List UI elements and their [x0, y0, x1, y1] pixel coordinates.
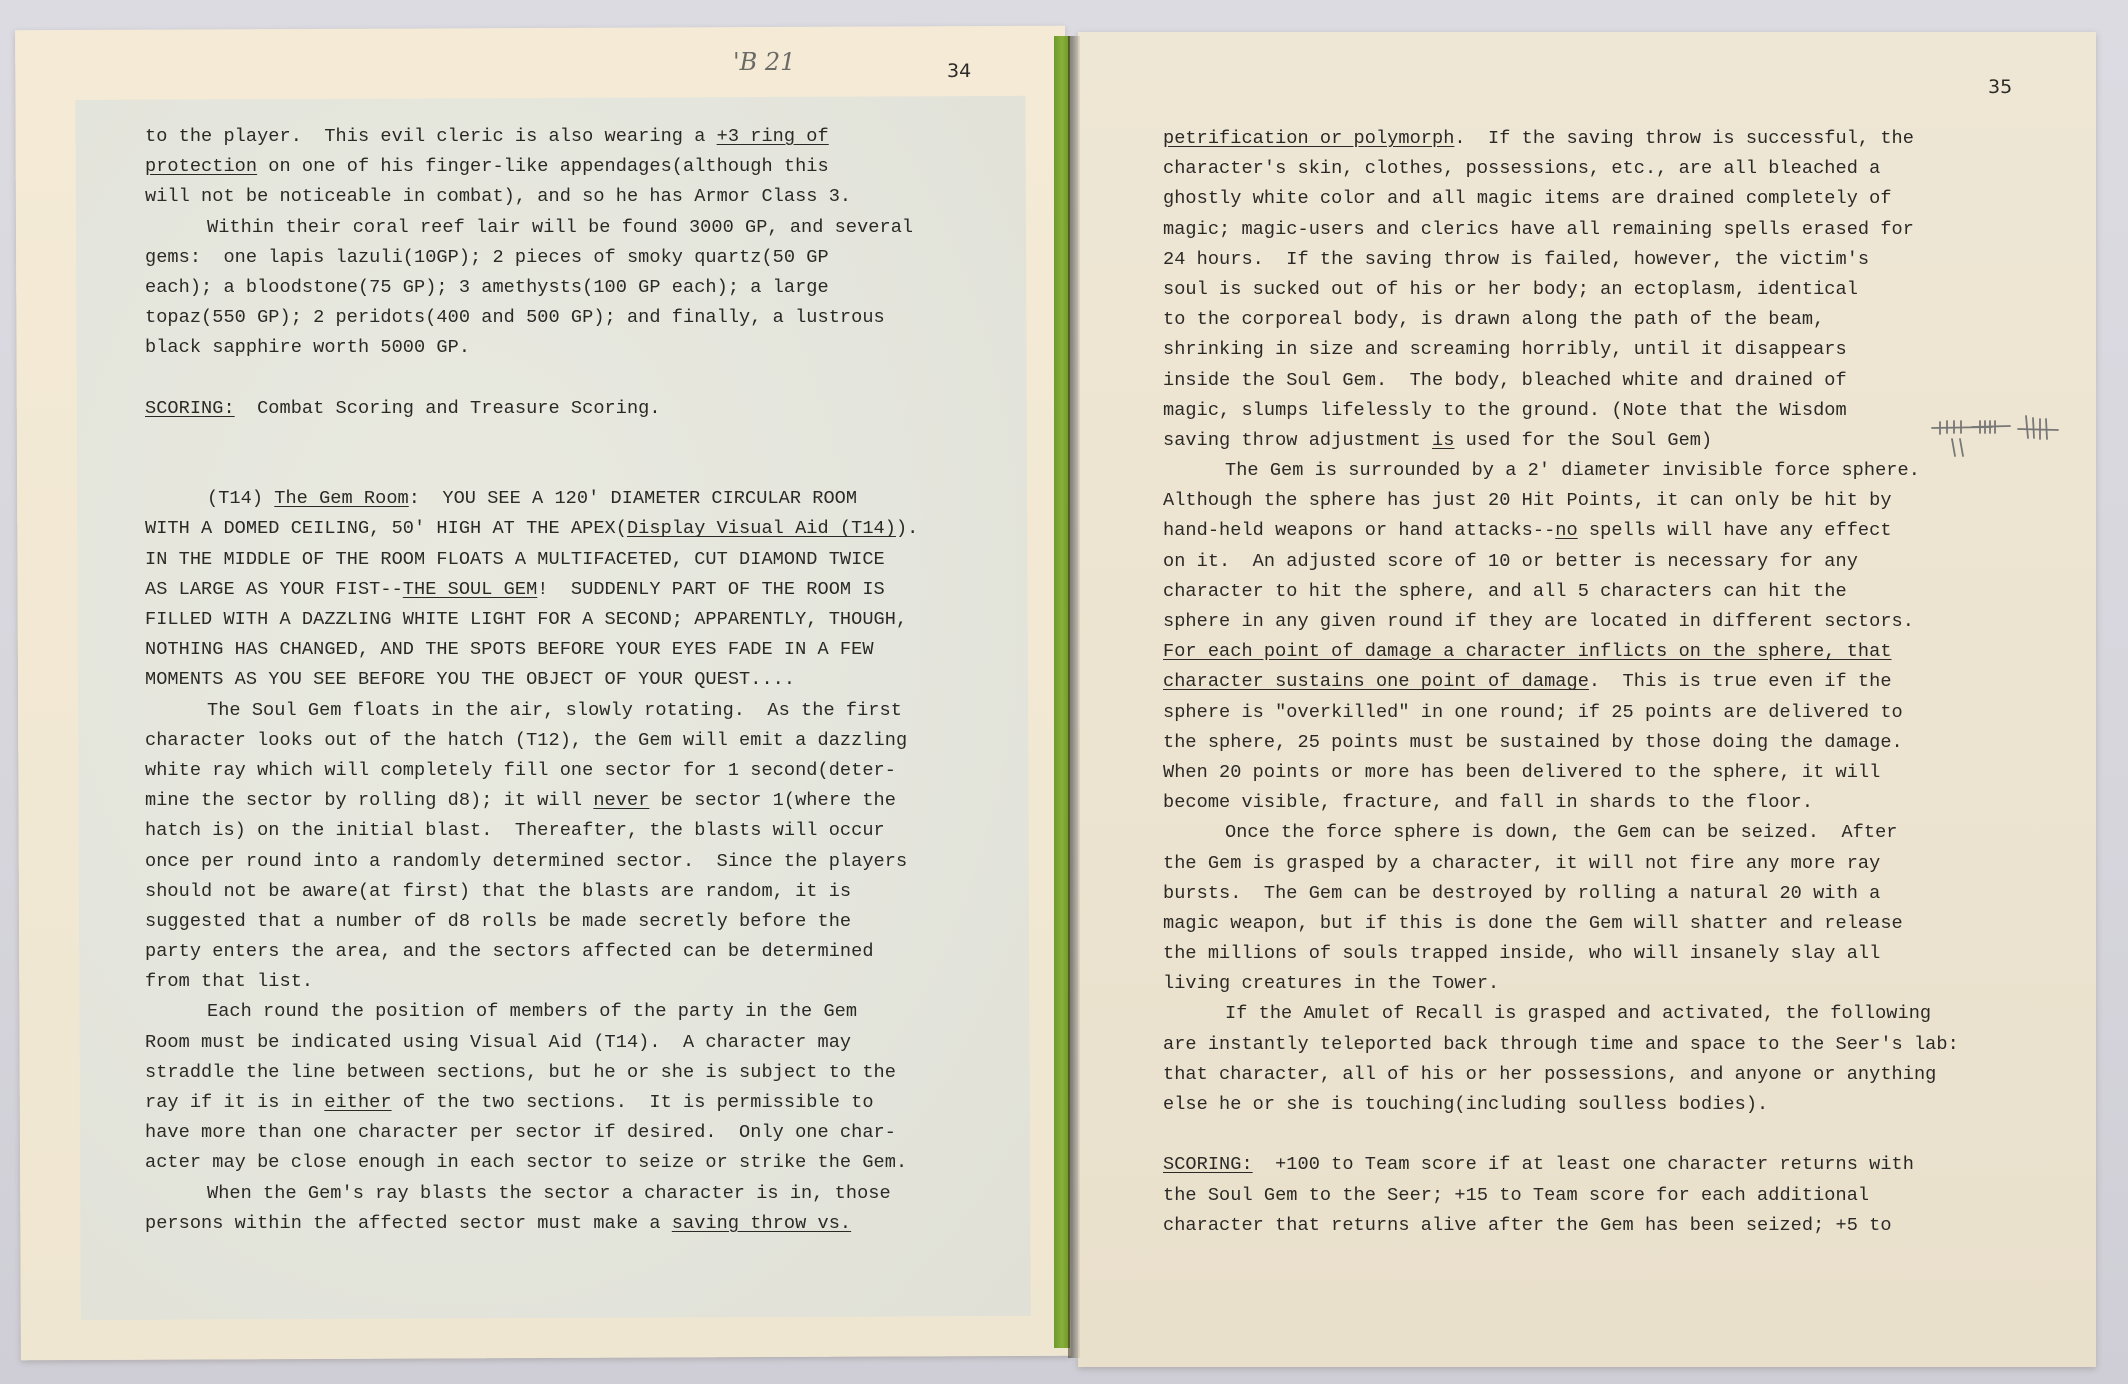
text-run: mine the sector by rolling d8); it will: [145, 790, 593, 811]
right-page-body-text: petrification or polymorph. If the savin…: [1163, 124, 1959, 1241]
text-run: Each round the position of members of th…: [207, 1001, 857, 1022]
text-run: ).: [896, 518, 918, 539]
text-run: Once the force sphere is down, the Gem c…: [1225, 822, 1897, 843]
right_page-text-line: on it. An adjusted score of 10 or better…: [1163, 547, 1959, 577]
right_page-text-line: Once the force sphere is down, the Gem c…: [1163, 818, 1959, 848]
left_page-text-line: protection on one of his finger-like app…: [145, 152, 918, 182]
left_page-text-line: Within their coral reef lair will be fou…: [145, 213, 918, 243]
text-run: sphere is "overkilled" in one round; if …: [1163, 702, 1903, 723]
text-run: MOMENTS AS YOU SEE BEFORE YOU THE OBJECT…: [145, 669, 795, 690]
text-run: the millions of souls trapped inside, wh…: [1163, 943, 1880, 964]
text-run: suggested that a number of d8 rolls be m…: [145, 911, 851, 932]
text-run: saving throw adjustment: [1163, 430, 1432, 451]
left_page-text-line: straddle the line between sections, but …: [145, 1058, 918, 1088]
text-run: will not be noticeable in combat), and s…: [145, 186, 851, 207]
text-run: used for the Soul Gem): [1454, 430, 1712, 451]
text-run: Combat Scoring and Treasure Scoring.: [235, 398, 661, 419]
right_page-text-line: 24 hours. If the saving throw is failed,…: [1163, 245, 1959, 275]
left_page-text-line: once per round into a randomly determine…: [145, 847, 918, 877]
left_page-text-line: ray if it is in either of the two sectio…: [145, 1088, 918, 1118]
text-run: The Soul Gem floats in the air, slowly r…: [207, 700, 902, 721]
left_page-text-line: will not be noticeable in combat), and s…: [145, 182, 918, 212]
right_page-text-line: to the corporeal body, is drawn along th…: [1163, 305, 1959, 335]
text-run: that character, all of his or her posses…: [1163, 1064, 1936, 1085]
text-run: ghostly white color and all magic items …: [1163, 188, 1892, 209]
handwritten-note: 'B 21: [733, 48, 795, 76]
underlined-text: no: [1555, 520, 1577, 541]
text-run: shrinking in size and screaming horribly…: [1163, 339, 1847, 360]
text-run: IN THE MIDDLE OF THE ROOM FLOATS A MULTI…: [145, 549, 885, 570]
text-run: persons within the affected sector must …: [145, 1213, 672, 1234]
right_page-text-line: Although the sphere has just 20 Hit Poin…: [1163, 486, 1959, 516]
right_page-text-line: If the Amulet of Recall is grasped and a…: [1163, 999, 1959, 1029]
pencil-tally-marks-icon: [1930, 412, 2060, 462]
text-run: If the Amulet of Recall is grasped and a…: [1225, 1003, 1931, 1024]
text-run: ! SUDDENLY PART OF THE ROOM IS: [537, 579, 884, 600]
text-run: . If the saving throw is successful, the: [1454, 128, 1914, 149]
left_page-text-line: (T14) The Gem Room: YOU SEE A 120' DIAME…: [145, 484, 918, 514]
right_page-text-line: living creatures in the Tower.: [1163, 969, 1959, 999]
left_page-text-line: IN THE MIDDLE OF THE ROOM FLOATS A MULTI…: [145, 545, 918, 575]
right_page-text-line: are instantly teleported back through ti…: [1163, 1030, 1959, 1060]
text-run: AS LARGE AS YOUR FIST--: [145, 579, 403, 600]
right_page-text-line: magic weapon, but if this is done the Ge…: [1163, 909, 1959, 939]
gutter-shadow: [1068, 36, 1080, 1358]
text-run: soul is sucked out of his or her body; a…: [1163, 279, 1858, 300]
right_page-text-line: the millions of souls trapped inside, wh…: [1163, 939, 1959, 969]
text-run: become visible, fracture, and fall in sh…: [1163, 792, 1813, 813]
left_page-text-line: persons within the affected sector must …: [145, 1209, 918, 1239]
right_page-text-line: [1163, 1120, 1959, 1150]
text-run: straddle the line between sections, but …: [145, 1062, 896, 1083]
left_page-text-line: hatch is) on the initial blast. Thereaft…: [145, 816, 918, 846]
right_page-text-line: sphere is "overkilled" in one round; if …: [1163, 698, 1959, 728]
text-run: be sector 1(where the: [649, 790, 896, 811]
left_page-text-line: to the player. This evil cleric is also …: [145, 122, 918, 152]
text-run: character's skin, clothes, possessions, …: [1163, 158, 1880, 179]
right_page-text-line: the sphere, 25 points must be sustained …: [1163, 728, 1959, 758]
left_page-text-line: FILLED WITH A DAZZLING WHITE LIGHT FOR A…: [145, 605, 918, 635]
text-run: gems: one lapis lazuli(10GP); 2 pieces o…: [145, 247, 829, 268]
text-run: on it. An adjusted score of 10 or better…: [1163, 551, 1858, 572]
underlined-text: petrification or polymorph: [1163, 128, 1454, 149]
text-run: hatch is) on the initial blast. Thereaft…: [145, 820, 885, 841]
text-run: the Soul Gem to the Seer; +15 to Team sc…: [1163, 1185, 1869, 1206]
text-run: have more than one character per sector …: [145, 1122, 896, 1143]
text-run: WITH A DOMED CEILING, 50' HIGH AT THE AP…: [145, 518, 627, 539]
text-run: NOTHING HAS CHANGED, AND THE SPOTS BEFOR…: [145, 639, 874, 660]
text-run: character to hit the sphere, and all 5 c…: [1163, 581, 1847, 602]
left_page-text-line: mine the sector by rolling d8); it will …: [145, 786, 918, 816]
right_page-text-line: When 20 points or more has been delivere…: [1163, 758, 1959, 788]
right_page-text-line: magic; magic-users and clerics have all …: [1163, 215, 1959, 245]
text-run: Within their coral reef lair will be fou…: [207, 217, 913, 238]
text-run: magic weapon, but if this is done the Ge…: [1163, 913, 1903, 934]
text-run: topaz(550 GP); 2 peridots(400 and 500 GP…: [145, 307, 885, 328]
underlined-text: THE SOUL GEM: [403, 579, 538, 600]
underlined-text: The Gem Room: [274, 488, 409, 509]
text-run: FILLED WITH A DAZZLING WHITE LIGHT FOR A…: [145, 609, 907, 630]
text-run: black sapphire worth 5000 GP.: [145, 337, 470, 358]
text-run: living creatures in the Tower.: [1163, 973, 1499, 994]
left_page-text-line: AS LARGE AS YOUR FIST--THE SOUL GEM! SUD…: [145, 575, 918, 605]
text-run: each); a bloodstone(75 GP); 3 amethysts(…: [145, 277, 829, 298]
page-number-right: 35: [1988, 76, 2012, 98]
left_page-text-line: should not be aware(at first) that the b…: [145, 877, 918, 907]
left_page-text-line: SCORING: Combat Scoring and Treasure Sco…: [145, 394, 918, 424]
text-run: : YOU SEE A 120' DIAMETER CIRCULAR ROOM: [409, 488, 857, 509]
right_page-text-line: sphere in any given round if they are lo…: [1163, 607, 1959, 637]
left_page-text-line: white ray which will completely fill one…: [145, 756, 918, 786]
text-run: party enters the area, and the sectors a…: [145, 941, 874, 962]
text-run: magic, slumps lifelessly to the ground. …: [1163, 400, 1847, 421]
text-run: . This is true even if the: [1589, 671, 1892, 692]
right_page-text-line: For each point of damage a character inf…: [1163, 637, 1959, 667]
left_page-text-line: [145, 454, 918, 484]
text-run: acter may be close enough in each sector…: [145, 1152, 907, 1173]
left_page-text-line: [145, 364, 918, 394]
underlined-text: saving throw vs.: [672, 1213, 851, 1234]
text-run: to the corporeal body, is drawn along th…: [1163, 309, 1824, 330]
text-run: the sphere, 25 points must be sustained …: [1163, 732, 1903, 753]
underlined-text: protection: [145, 156, 257, 177]
underlined-text: either: [324, 1092, 391, 1113]
text-run: Room must be indicated using Visual Aid …: [145, 1032, 851, 1053]
left_page-text-line: The Soul Gem floats in the air, slowly r…: [145, 696, 918, 726]
right_page-text-line: the Soul Gem to the Seer; +15 to Team sc…: [1163, 1181, 1959, 1211]
underlined-text: never: [593, 790, 649, 811]
left-page-body-text: to the player. This evil cleric is also …: [145, 122, 918, 1239]
text-run: character looks out of the hatch (T12), …: [145, 730, 907, 751]
underlined-text: +3 ring of: [717, 126, 829, 147]
text-run: Although the sphere has just 20 Hit Poin…: [1163, 490, 1892, 511]
left_page-text-line: WITH A DOMED CEILING, 50' HIGH AT THE AP…: [145, 514, 918, 544]
text-run: are instantly teleported back through ti…: [1163, 1034, 1959, 1055]
right_page-text-line: inside the Soul Gem. The body, bleached …: [1163, 366, 1959, 396]
text-run: of the two sections. It is permissible t…: [392, 1092, 874, 1113]
right_page-text-line: hand-held weapons or hand attacks--no sp…: [1163, 516, 1959, 546]
left_page-text-line: have more than one character per sector …: [145, 1118, 918, 1148]
text-run: (T14): [207, 488, 274, 509]
right_page-text-line: character's skin, clothes, possessions, …: [1163, 154, 1959, 184]
text-run: +100 to Team score if at least one chara…: [1253, 1154, 1914, 1175]
text-run: should not be aware(at first) that the b…: [145, 881, 851, 902]
text-run: inside the Soul Gem. The body, bleached …: [1163, 370, 1847, 391]
text-run: When the Gem's ray blasts the sector a c…: [207, 1183, 891, 1204]
left_page-text-line: When the Gem's ray blasts the sector a c…: [145, 1179, 918, 1209]
left_page-text-line: topaz(550 GP); 2 peridots(400 and 500 GP…: [145, 303, 918, 333]
right_page-text-line: character to hit the sphere, and all 5 c…: [1163, 577, 1959, 607]
left_page-text-line: [145, 424, 918, 454]
text-run: on one of his finger-like appendages(alt…: [257, 156, 829, 177]
text-run: from that list.: [145, 971, 313, 992]
left_page-text-line: NOTHING HAS CHANGED, AND THE SPOTS BEFOR…: [145, 635, 918, 665]
right_page-text-line: petrification or polymorph. If the savin…: [1163, 124, 1959, 154]
underlined-text: SCORING:: [145, 398, 235, 419]
left_page-text-line: Each round the position of members of th…: [145, 997, 918, 1027]
text-run: bursts. The Gem can be destroyed by roll…: [1163, 883, 1880, 904]
right_page-text-line: become visible, fracture, and fall in sh…: [1163, 788, 1959, 818]
right_page-text-line: that character, all of his or her posses…: [1163, 1060, 1959, 1090]
text-run: to the player. This evil cleric is also …: [145, 126, 717, 147]
text-run: spells will have any effect: [1578, 520, 1892, 541]
underlined-text: For each point of damage a character inf…: [1163, 641, 1892, 662]
right_page-text-line: magic, slumps lifelessly to the ground. …: [1163, 396, 1959, 426]
text-run: The Gem is surrounded by a 2' diameter i…: [1225, 460, 1920, 481]
right_page-text-line: the Gem is grasped by a character, it wi…: [1163, 849, 1959, 879]
right_page-text-line: else he or she is touching(including sou…: [1163, 1090, 1959, 1120]
left_page-text-line: acter may be close enough in each sector…: [145, 1148, 918, 1178]
left_page-text-line: black sapphire worth 5000 GP.: [145, 333, 918, 363]
right_page-text-line: character that returns alive after the G…: [1163, 1211, 1959, 1241]
left_page-text-line: suggested that a number of d8 rolls be m…: [145, 907, 918, 937]
text-run: 24 hours. If the saving throw is failed,…: [1163, 249, 1869, 270]
text-run: once per round into a randomly determine…: [145, 851, 907, 872]
text-run: ray if it is in: [145, 1092, 324, 1113]
left_page-text-line: from that list.: [145, 967, 918, 997]
left_page-text-line: each); a bloodstone(75 GP); 3 amethysts(…: [145, 273, 918, 303]
text-run: character that returns alive after the G…: [1163, 1215, 1892, 1236]
left_page-text-line: Room must be indicated using Visual Aid …: [145, 1028, 918, 1058]
left_page-text-line: character looks out of the hatch (T12), …: [145, 726, 918, 756]
right_page-text-line: saving throw adjustment is used for the …: [1163, 426, 1959, 456]
text-run: hand-held weapons or hand attacks--: [1163, 520, 1555, 541]
text-run: sphere in any given round if they are lo…: [1163, 611, 1914, 632]
underlined-text: Display Visual Aid (T14): [627, 518, 896, 539]
left_page-text-line: party enters the area, and the sectors a…: [145, 937, 918, 967]
text-run: white ray which will completely fill one…: [145, 760, 896, 781]
left_page-text-line: MOMENTS AS YOU SEE BEFORE YOU THE OBJECT…: [145, 665, 918, 695]
right_page-text-line: bursts. The Gem can be destroyed by roll…: [1163, 879, 1959, 909]
text-run: else he or she is touching(including sou…: [1163, 1094, 1768, 1115]
right_page-text-line: character sustains one point of damage. …: [1163, 667, 1959, 697]
text-run: magic; magic-users and clerics have all …: [1163, 219, 1914, 240]
text-run: When 20 points or more has been delivere…: [1163, 762, 1880, 783]
right_page-text-line: soul is sucked out of his or her body; a…: [1163, 275, 1959, 305]
left_page-text-line: gems: one lapis lazuli(10GP); 2 pieces o…: [145, 243, 918, 273]
underlined-text: SCORING:: [1163, 1154, 1253, 1175]
underlined-text: character sustains one point of damage: [1163, 671, 1589, 692]
underlined-text: is: [1432, 430, 1454, 451]
text-run: the Gem is grasped by a character, it wi…: [1163, 853, 1880, 874]
right_page-text-line: ghostly white color and all magic items …: [1163, 184, 1959, 214]
page-number-left: 34: [947, 60, 971, 82]
right_page-text-line: The Gem is surrounded by a 2' diameter i…: [1163, 456, 1959, 486]
right_page-text-line: shrinking in size and screaming horribly…: [1163, 335, 1959, 365]
right_page-text-line: SCORING: +100 to Team score if at least …: [1163, 1150, 1959, 1180]
